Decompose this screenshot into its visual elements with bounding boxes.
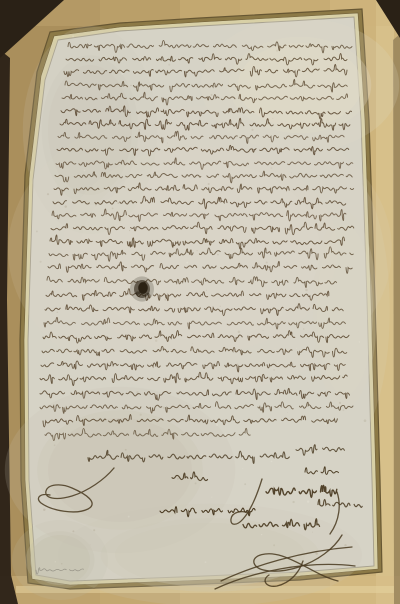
- framed-document-photo: Photograph of a framed historical manusc…: [0, 0, 400, 604]
- artwork-svg: [0, 0, 400, 604]
- ink-blot: [130, 276, 154, 301]
